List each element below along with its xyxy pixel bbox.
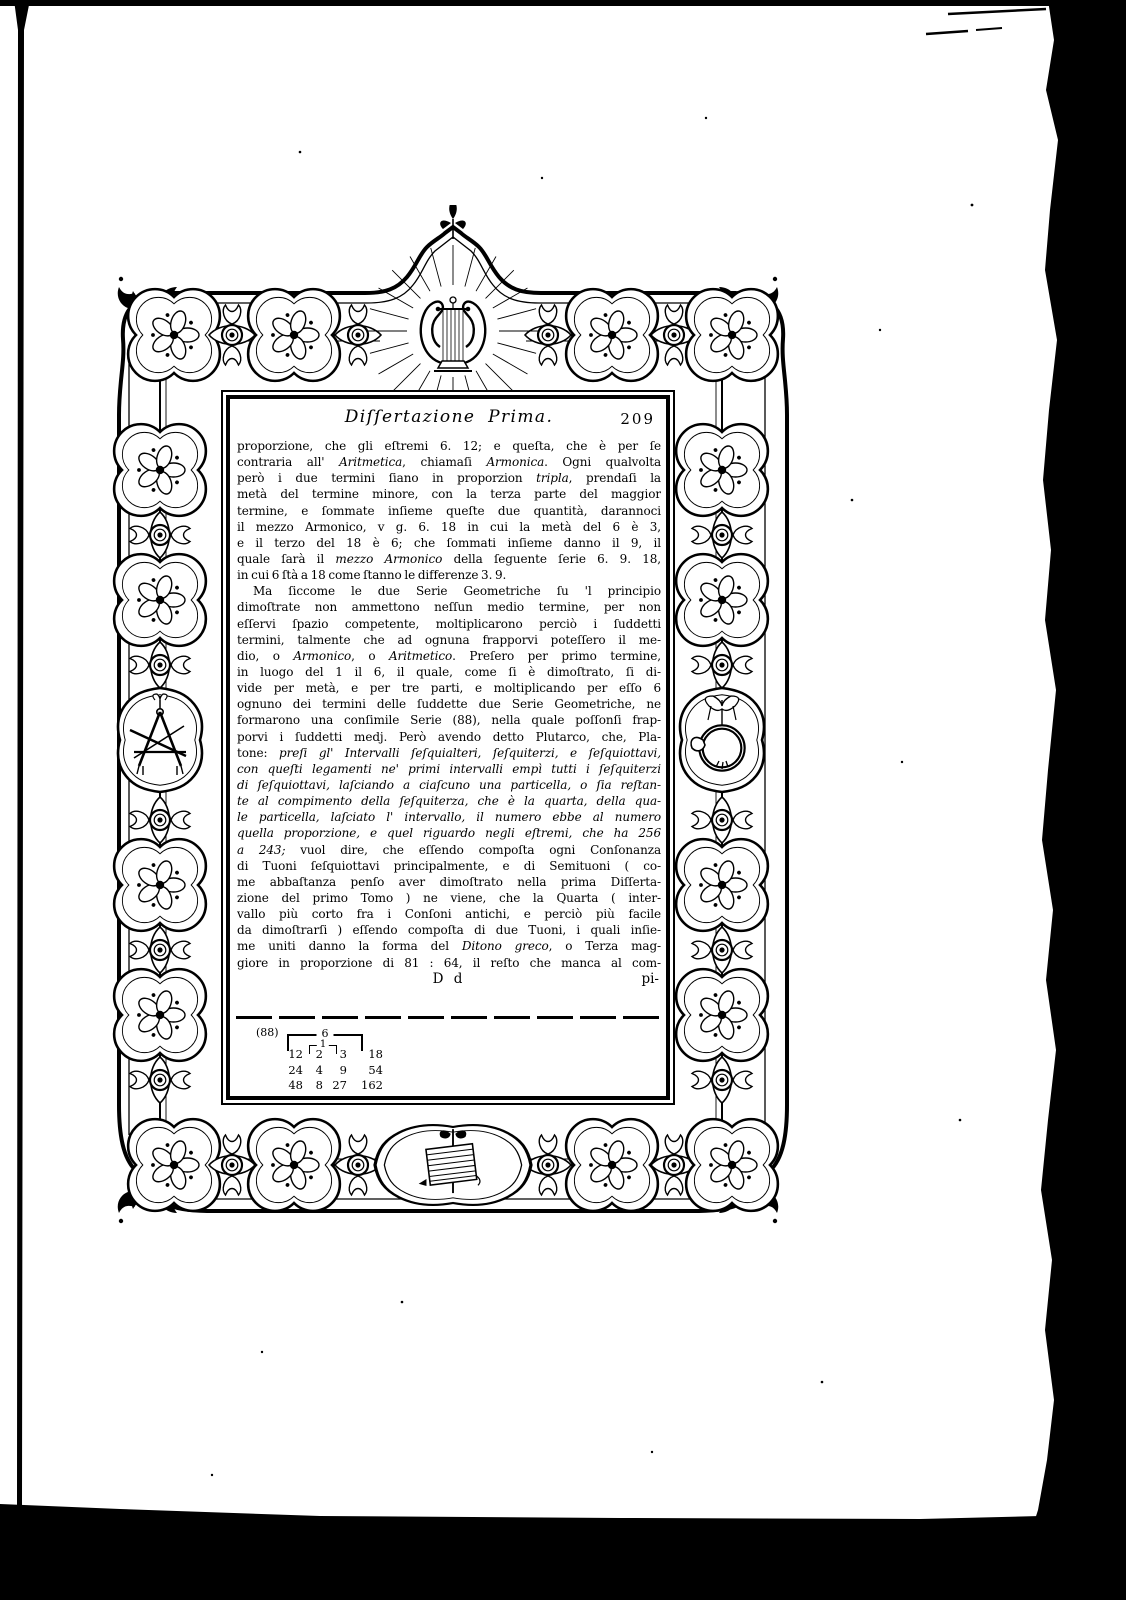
signature-line: D d pi-: [237, 971, 661, 989]
text-line: di ſeſquiottavi, laſciando a ciaſcuno un…: [237, 777, 661, 793]
page-title: Diſſertazione Prima.: [237, 407, 661, 427]
eye-knot: [692, 642, 752, 688]
rosette-medallion: [676, 554, 768, 646]
footnote-table-row: 48827162: [281, 1078, 383, 1094]
footnote-table-cell: 27: [323, 1078, 347, 1094]
dividers-cartouche: [118, 688, 202, 792]
text-line: tone: preſi gl' Intervalli ſeſquialteri,…: [237, 745, 661, 761]
page-crease-marks: [926, 9, 1046, 34]
eye-knot: [525, 305, 571, 365]
eye-knot: [692, 512, 752, 558]
text-line: giore in proporzione di 81 : 64, il reſt…: [237, 955, 661, 971]
running-header: Diſſertazione Prima. 209: [237, 407, 661, 433]
rosette-medallion: [566, 1119, 658, 1211]
eye-knot: [692, 797, 752, 843]
footnote-table-cell: 8: [303, 1078, 323, 1094]
footnote-table-cell: 12: [281, 1047, 303, 1063]
catchword: pi-: [641, 971, 659, 987]
footnote-table-cell: 24: [281, 1063, 303, 1079]
left-margin-rule: [14, 0, 30, 1506]
text-line: te al compimento della ſeſquiterza, che …: [237, 793, 661, 809]
rosette-medallion: [676, 969, 768, 1061]
eye-knot: [130, 927, 190, 973]
text-line: dimoſtrate non ammettono neſſun medio te…: [237, 599, 661, 615]
text-line: Ma ſiccome le due Serie Geometriche ſu '…: [237, 583, 661, 599]
bottom-border-band: [128, 1119, 778, 1211]
eye-knot: [130, 642, 190, 688]
text-line: dio, o Armonico, o Aritmetico. Preſero p…: [237, 648, 661, 664]
footnote-marker: (88): [256, 1026, 279, 1039]
text-line: metà del termine minore, con la terza pa…: [237, 486, 661, 502]
top-border-band: [128, 205, 778, 417]
rosette-medallion: [566, 289, 658, 381]
rosette-medallion: [686, 1119, 778, 1211]
eye-knot: [130, 797, 190, 843]
rosette-medallion: [114, 424, 206, 516]
text-line: vide per metà, e per tre parti, e moltip…: [237, 680, 661, 696]
footnote-bracket-inner-label: 1: [317, 1039, 329, 1050]
text-line: a 243; vuol dire, che eſſendo compoſta o…: [237, 842, 661, 858]
eye-knot: [130, 512, 190, 558]
rosette-medallion: [128, 1119, 220, 1211]
footnote-table-row: 244954: [281, 1063, 383, 1079]
scan-edge-bottom: [0, 1504, 1126, 1600]
footnote-rule: [236, 1016, 662, 1019]
footnote-table-cell: 54: [347, 1063, 383, 1079]
rosette-medallion: [248, 289, 340, 381]
rosette-medallion: [128, 289, 220, 381]
text-line: eſſervi ſpazio competente, moltiplicaron…: [237, 616, 661, 632]
horn-cartouche: [680, 688, 764, 792]
footnote-table-cell: 9: [323, 1063, 347, 1079]
text-line: in luogo del 1 il 6, il quale, come ſi è…: [237, 664, 661, 680]
rosette-medallion: [676, 424, 768, 516]
text-line: da dimoſtrarſi ) eſſendo compoſta di due…: [237, 922, 661, 938]
rosette-medallion: [114, 839, 206, 931]
text-line: e il terzo del 18 è 6; che ſommati inſie…: [237, 535, 661, 551]
rosette-medallion: [114, 969, 206, 1061]
signature-mark: D d: [237, 971, 661, 987]
book-page-scan: { "page": { "colors": {"ink": "#000000",…: [0, 0, 1126, 1600]
eye-knot: [692, 927, 752, 973]
text-line: le particella, laſciato l' intervallo, i…: [237, 809, 661, 825]
text-line: me uniti danno la forma del Ditono greco…: [237, 938, 661, 954]
page-number: 209: [620, 410, 655, 428]
panpipes-cartouche: [375, 1125, 531, 1205]
rosette-medallion: [114, 554, 206, 646]
footnote-bracket-inner: 1: [309, 1045, 337, 1054]
text-line: però i due termini ſiano in proporzion t…: [237, 470, 661, 486]
text-line: zione del primo Tomo ) ne viene, che la …: [237, 890, 661, 906]
rosette-medallion: [686, 289, 778, 381]
text-line: termine, e ſommate inſieme queſte due qu…: [237, 503, 661, 519]
right-border-band: [676, 424, 768, 1103]
eye-knot: [335, 305, 381, 365]
text-line: me abbaſtanza penſo aver dimoſtrato nell…: [237, 874, 661, 890]
footnote-table-cell: 162: [347, 1078, 383, 1094]
text-line: contraria all' Aritmetica, chiamaſi Armo…: [237, 454, 661, 470]
footnote-table-cell: 18: [347, 1047, 383, 1063]
footnote-table-cell: 48: [281, 1078, 303, 1094]
lyre-icon: [421, 289, 486, 373]
left-border-band: [114, 424, 206, 1103]
text-line: di Tuoni ſeſquiottavi principalmente, e …: [237, 858, 661, 874]
eye-knot: [130, 1057, 190, 1103]
text-line: ognuno dei termini delle ſuddette due Se…: [237, 696, 661, 712]
text-line: con queſti legamenti ne' primi intervall…: [237, 761, 661, 777]
text-line: quale ſarà il mezzo Armonico della ſegue…: [237, 551, 661, 567]
text-line: vallo più corto fra i Conſoni antichi, e…: [237, 906, 661, 922]
text-line: in cui 6 ſtà a 18 come ſtanno le differe…: [237, 567, 661, 583]
footnote-table-cell: 4: [303, 1063, 323, 1079]
eye-knot: [692, 1057, 752, 1103]
text-line: proporzione, che gli eſtremi 6. 12; e qu…: [237, 438, 661, 454]
rosette-medallion: [248, 1119, 340, 1211]
text-line: il mezzo Armonico, v g. 6. 18 in cui la …: [237, 519, 661, 535]
scan-edge-right: [1030, 0, 1126, 1600]
body-text: proporzione, che gli eſtremi 6. 12; e qu…: [237, 438, 661, 971]
text-line: formarono una conſimile Serie (88), nell…: [237, 712, 661, 728]
rosette-medallion: [676, 839, 768, 931]
text-line: termini, talmente che ad ognuna frapporv…: [237, 632, 661, 648]
text-line: quella proporzione, e quel riguardo negl…: [237, 825, 661, 841]
top-edge-strip: [0, 0, 1126, 6]
text-line: porvi i ſuddetti medj. Però avendo detto…: [237, 729, 661, 745]
